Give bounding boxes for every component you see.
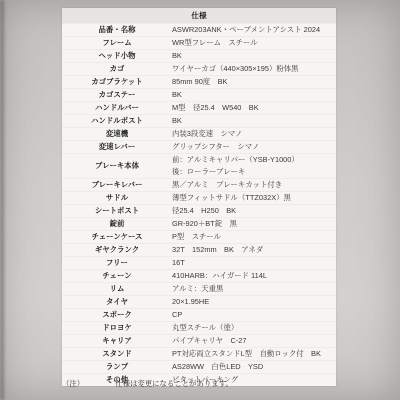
spec-row-value-text: BK bbox=[172, 115, 182, 127]
spec-row-label: 品番・名称 bbox=[62, 24, 172, 36]
spec-table-header: 仕様 bbox=[62, 8, 336, 23]
spec-row-value: P型 スチール bbox=[172, 231, 336, 243]
spec-row-value: CP bbox=[172, 309, 336, 321]
spec-row: 錠前GR-920＋BT錠 黒 bbox=[62, 217, 336, 230]
spec-row: キャリアパイプキャリヤ C-27 bbox=[62, 334, 336, 347]
spec-row: リムアルミ：天重黒 bbox=[62, 282, 336, 295]
spec-row-value-text: BK bbox=[172, 89, 182, 101]
spec-row-label: スタンド bbox=[62, 348, 172, 360]
spec-row: カゴステーBK bbox=[62, 88, 336, 101]
spec-row-label: ヘッド小物 bbox=[62, 50, 172, 62]
spec-row-label: カゴステー bbox=[62, 89, 172, 101]
spec-row-value: 410HARB：ハイガード 114L bbox=[172, 270, 336, 282]
spec-table-body: 品番・名称ASWR203ANK・ペーブメントアシスト 2024フレームWR型フレ… bbox=[62, 23, 336, 386]
spec-table-title: 仕様 bbox=[191, 11, 206, 20]
spec-row-label: 錠前 bbox=[62, 218, 172, 230]
spec-row-label: カゴ bbox=[62, 63, 172, 75]
spec-row-value: M型 径25.4 W540 BK bbox=[172, 102, 336, 114]
spec-row-label: リム bbox=[62, 283, 172, 295]
spec-row-value-text: 径25.4 H250 BK bbox=[172, 205, 236, 217]
spec-row: 品番・名称ASWR203ANK・ペーブメントアシスト 2024 bbox=[62, 23, 336, 36]
spec-row-value-text: 410HARB：ハイガード 114L bbox=[172, 270, 267, 282]
spec-row: フリー16T bbox=[62, 256, 336, 269]
photo-edge-shadow bbox=[0, 0, 4, 400]
spec-row-label: フリー bbox=[62, 257, 172, 269]
spec-row: カゴブラケット85mm 90度 BK bbox=[62, 75, 336, 88]
spec-row: ブレーキレバー黒／アルミ ブレーキカット付き bbox=[62, 178, 336, 191]
spec-row: カゴワイヤーカゴ（440×305×195）粉体黒 bbox=[62, 62, 336, 75]
spec-row-value: WR型フレーム スチール bbox=[172, 37, 336, 49]
spec-row-value: 20×1.95HE bbox=[172, 296, 336, 308]
spec-row-label: ハンドルバー bbox=[62, 102, 172, 114]
spec-row-value-text: パイプキャリヤ C-27 bbox=[172, 335, 246, 347]
spec-row-value: 内装3段変速 シマノ bbox=[172, 128, 336, 140]
spec-row: ヘッド小物BK bbox=[62, 49, 336, 62]
spec-row-value: PT対応両立スタンドL型 自動ロック付 BK bbox=[172, 348, 336, 360]
spec-row-label: サドル bbox=[62, 192, 172, 204]
spec-row: シートポスト径25.4 H250 BK bbox=[62, 204, 336, 217]
spec-row-value-text: GR-920＋BT錠 黒 bbox=[172, 218, 237, 230]
spec-row-value-text: 薄型フィットサドル（TTZ032X）黒 bbox=[172, 192, 291, 204]
spec-row-label: チェーンケース bbox=[62, 231, 172, 243]
spec-row-label: ブレーキ本体 bbox=[62, 154, 172, 178]
spec-row-value: 85mm 90度 BK bbox=[172, 76, 336, 88]
spec-row: 変速レバーグリップシフター シマノ bbox=[62, 140, 336, 153]
spec-row-value: BK bbox=[172, 89, 336, 101]
spec-row-value-text: BK bbox=[172, 50, 182, 62]
spec-row: ハンドルバーM型 径25.4 W540 BK bbox=[62, 101, 336, 114]
spec-row-value: 16T bbox=[172, 257, 336, 269]
spec-row-value: ASWR203ANK・ペーブメントアシスト 2024 bbox=[172, 24, 336, 36]
spec-row-label: ギヤクランク bbox=[62, 244, 172, 256]
spec-row-value-text: ワイヤーカゴ（440×305×195）粉体黒 bbox=[172, 63, 299, 75]
spec-row: ランプAS28WW 白色LED YSD bbox=[62, 360, 336, 373]
spec-row-label: 変速レバー bbox=[62, 141, 172, 153]
spec-row-value-text: 内装3段変速 シマノ bbox=[172, 128, 242, 140]
spec-row-value-text: 85mm 90度 BK bbox=[172, 76, 227, 88]
spec-row-value-text: 32T 152mm BK アネダ bbox=[172, 244, 263, 256]
spec-row: サドル薄型フィットサドル（TTZ032X）黒 bbox=[62, 191, 336, 204]
spec-row-value: GR-920＋BT錠 黒 bbox=[172, 218, 336, 230]
spec-row-value-text: P型 スチール bbox=[172, 231, 221, 243]
spec-row-value-text: 20×1.95HE bbox=[172, 296, 209, 308]
spec-row-value: アルミ：天重黒 bbox=[172, 283, 336, 295]
spec-row-value-text: 丸型スチール（塗） bbox=[172, 322, 238, 334]
spec-row-value-text: M型 径25.4 W540 BK bbox=[172, 102, 259, 114]
spec-row-label: シートポスト bbox=[62, 205, 172, 217]
spec-row-value-text: AS28WW 白色LED YSD bbox=[172, 361, 263, 373]
spec-row-value: 丸型スチール（塗） bbox=[172, 322, 336, 334]
page-background: 仕様 品番・名称ASWR203ANK・ペーブメントアシスト 2024フレームWR… bbox=[0, 0, 400, 400]
spec-row-label: スポーク bbox=[62, 309, 172, 321]
spec-row-value-text: グリップシフター シマノ bbox=[172, 141, 259, 153]
spec-row: ブレーキ本体前：アルミキャリパー（YSB-Y1000） 後：ローラーブレーキ bbox=[62, 153, 336, 178]
spec-row: スポークCP bbox=[62, 308, 336, 321]
spec-row-value: 薄型フィットサドル（TTZ032X）黒 bbox=[172, 192, 336, 204]
spec-table: 仕様 品番・名称ASWR203ANK・ペーブメントアシスト 2024フレームWR… bbox=[62, 8, 336, 386]
spec-row-value-text: PT対応両立スタンドL型 自動ロック付 BK bbox=[172, 348, 321, 360]
spec-row-value-text: WR型フレーム スチール bbox=[172, 37, 258, 49]
spec-row-value: 径25.4 H250 BK bbox=[172, 205, 336, 217]
spec-row-label: ドロヨケ bbox=[62, 322, 172, 334]
footnote-label: （注） bbox=[62, 379, 84, 389]
spec-row: ドロヨケ丸型スチール（塗） bbox=[62, 321, 336, 334]
spec-row-value: パイプキャリヤ C-27 bbox=[172, 335, 336, 347]
footnote: （注） 仕様は変更になることがあります。 bbox=[62, 379, 233, 389]
spec-row-value: 32T 152mm BK アネダ bbox=[172, 244, 336, 256]
spec-row: タイヤ20×1.95HE bbox=[62, 295, 336, 308]
spec-row: 変速機内装3段変速 シマノ bbox=[62, 127, 336, 140]
spec-row-value: 前：アルミキャリパー（YSB-Y1000） 後：ローラーブレーキ bbox=[172, 154, 336, 178]
spec-row-label: ランプ bbox=[62, 361, 172, 373]
spec-row-value-text: アルミ：天重黒 bbox=[172, 283, 223, 295]
spec-row: チェーンケースP型 スチール bbox=[62, 230, 336, 243]
spec-row-label: フレーム bbox=[62, 37, 172, 49]
spec-row-value-text: ASWR203ANK・ペーブメントアシスト 2024 bbox=[172, 24, 320, 36]
spec-row-value-text: CP bbox=[172, 309, 182, 321]
spec-row: ギヤクランク32T 152mm BK アネダ bbox=[62, 243, 336, 256]
spec-row-value: ワイヤーカゴ（440×305×195）粉体黒 bbox=[172, 63, 336, 75]
spec-row-label: 変速機 bbox=[62, 128, 172, 140]
spec-row-value: AS28WW 白色LED YSD bbox=[172, 361, 336, 373]
spec-row-value: グリップシフター シマノ bbox=[172, 141, 336, 153]
spec-row-label: ハンドルポスト bbox=[62, 115, 172, 127]
spec-row-value-text: 前：アルミキャリパー（YSB-Y1000） 後：ローラーブレーキ bbox=[172, 154, 299, 178]
spec-row-value: BK bbox=[172, 115, 336, 127]
spec-row: チェーン410HARB：ハイガード 114L bbox=[62, 269, 336, 282]
spec-row-label: ブレーキレバー bbox=[62, 179, 172, 191]
spec-row-label: チェーン bbox=[62, 270, 172, 282]
spec-row-label: カゴブラケット bbox=[62, 76, 172, 88]
spec-row-label: タイヤ bbox=[62, 296, 172, 308]
spec-row: ハンドルポストBK bbox=[62, 114, 336, 127]
spec-row: フレームWR型フレーム スチール bbox=[62, 36, 336, 49]
spec-row-value: 黒／アルミ ブレーキカット付き bbox=[172, 179, 336, 191]
spec-row-value-text: 16T bbox=[172, 257, 185, 269]
spec-row-value-text: 黒／アルミ ブレーキカット付き bbox=[172, 179, 282, 191]
spec-row-value: BK bbox=[172, 50, 336, 62]
footnote-text: 仕様は変更になることがあります。 bbox=[115, 379, 233, 389]
spec-row-label: キャリア bbox=[62, 335, 172, 347]
spec-row: スタンドPT対応両立スタンドL型 自動ロック付 BK bbox=[62, 347, 336, 360]
